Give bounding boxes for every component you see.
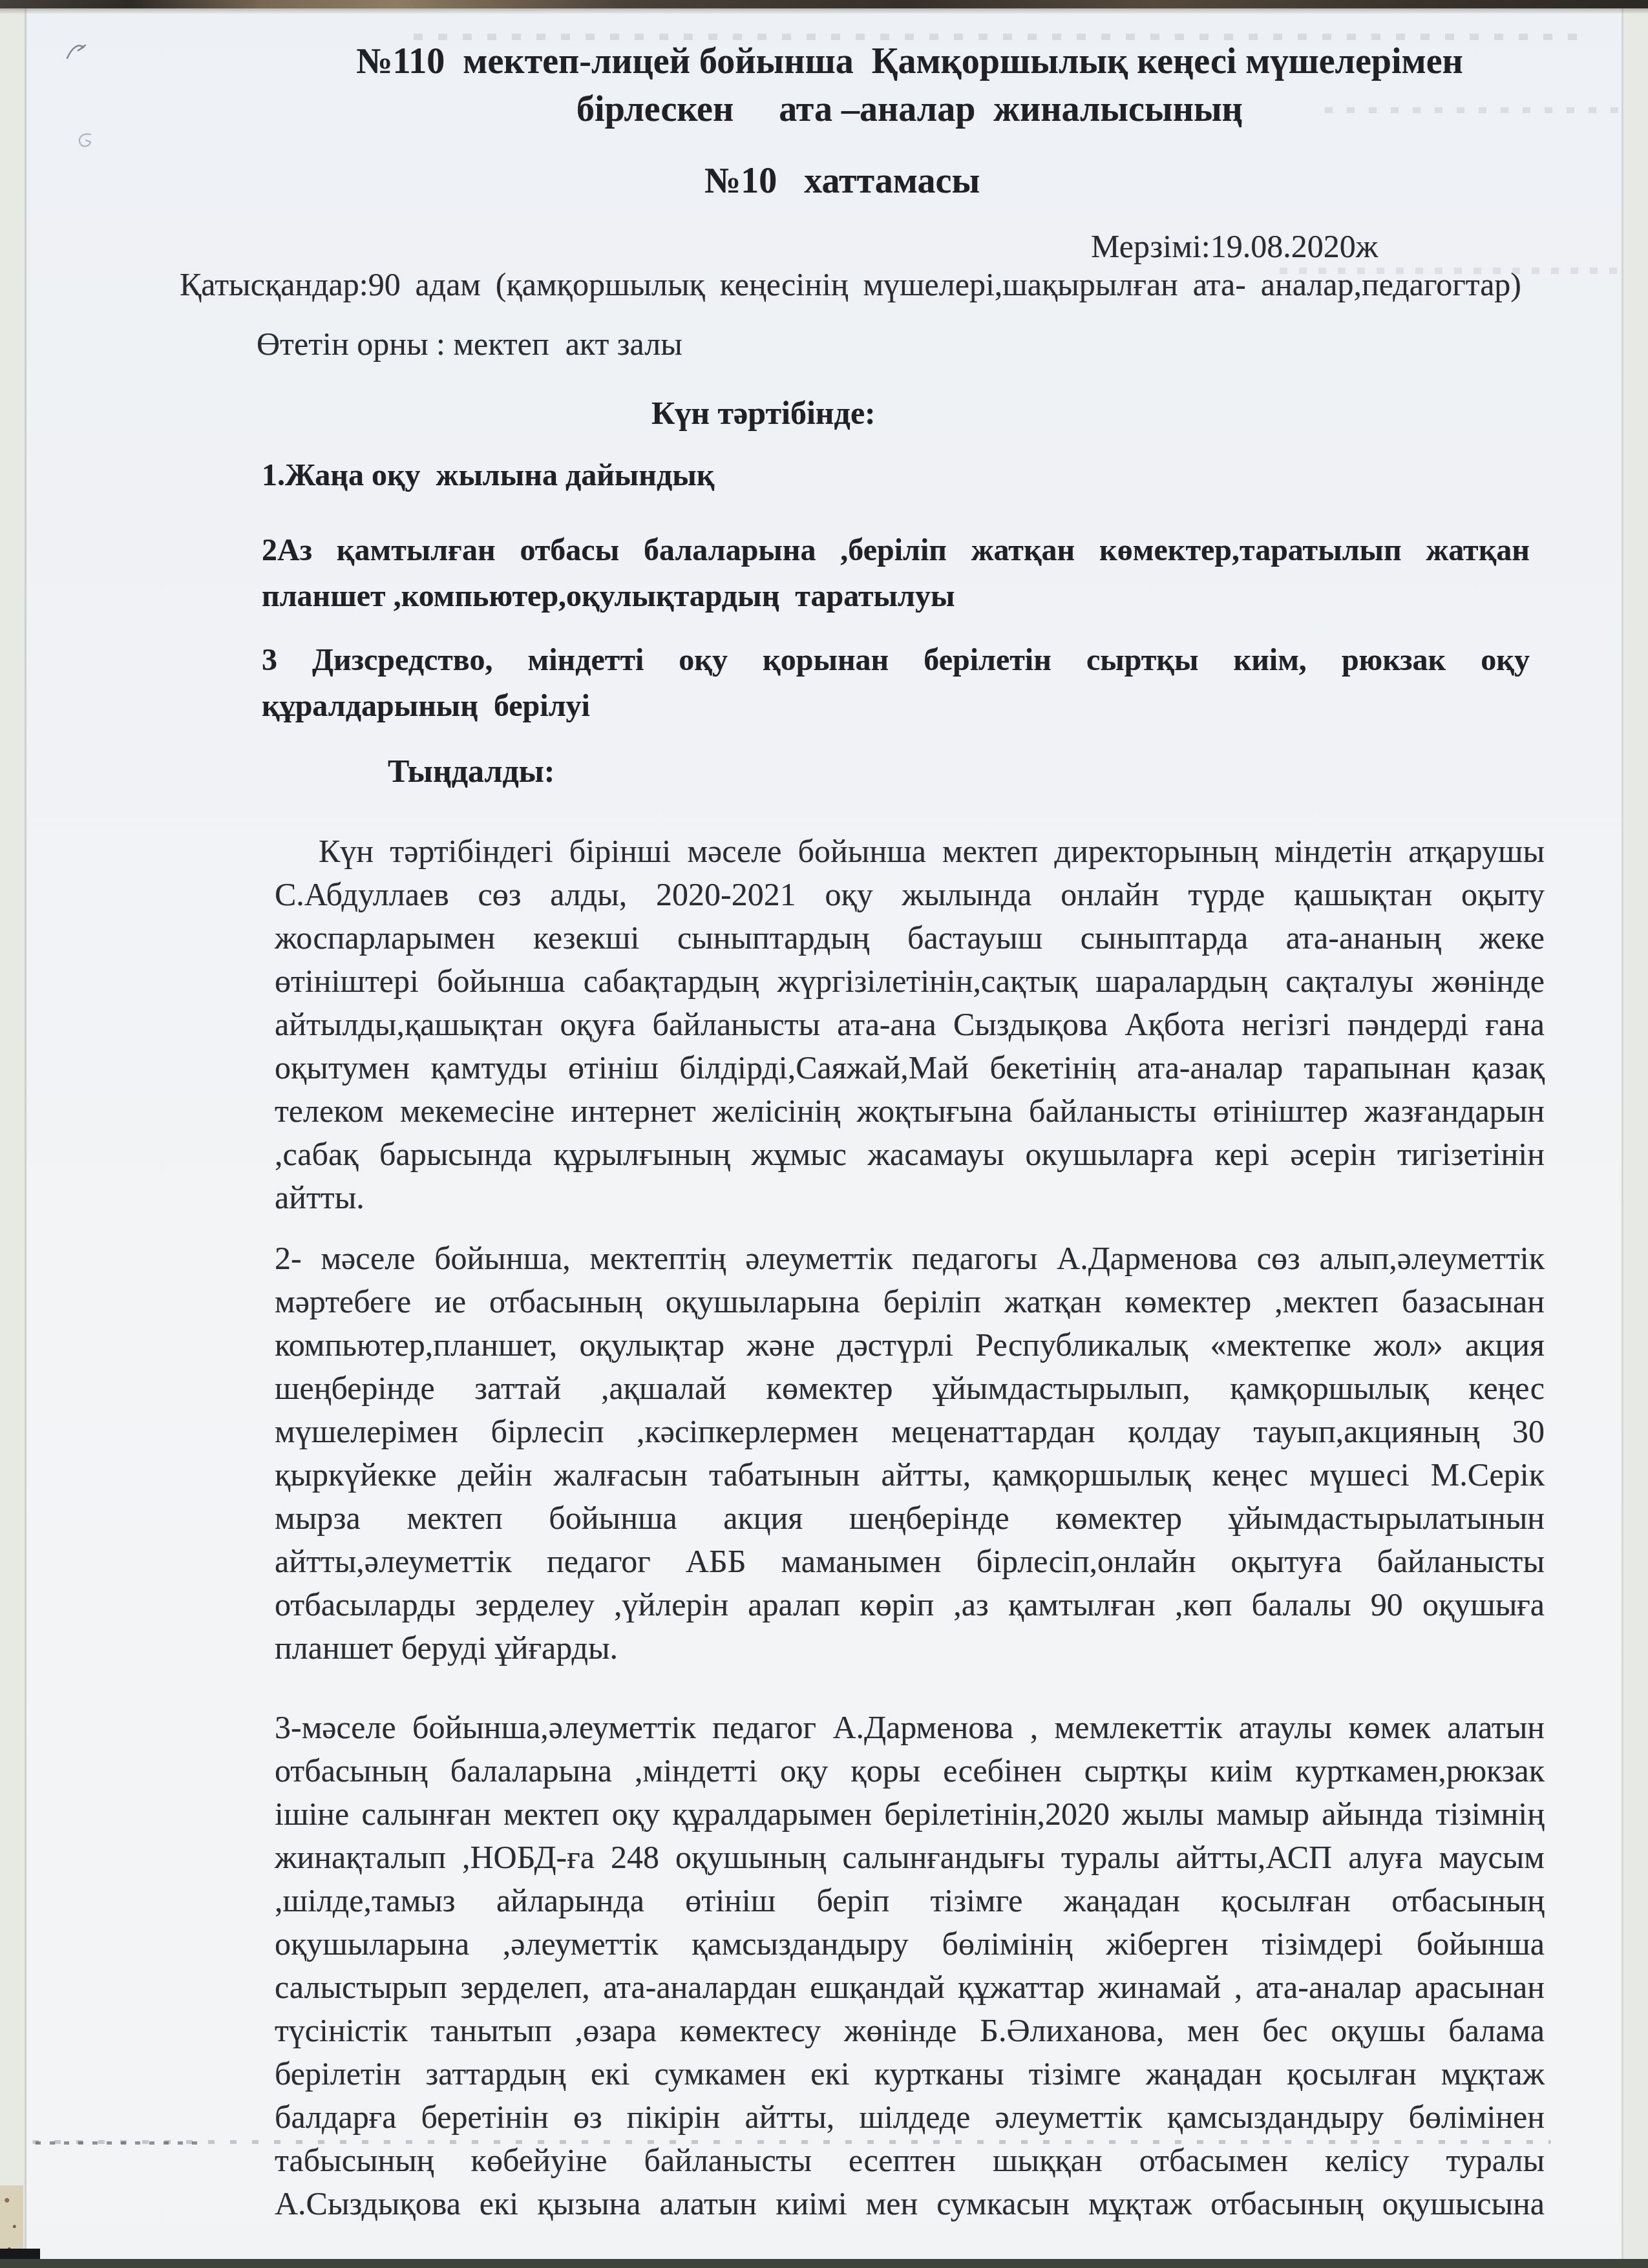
text-line: Күн тәртібіндегі бірінші мәселе бойынша … — [275, 830, 1545, 873]
venue-line: Өтетін орны : мектеп акт залы — [257, 325, 682, 362]
scanned-page: №110 мектеп-лицей бойынша Қамқоршылық ке… — [0, 0, 1648, 2268]
agenda-heading: Күн тәртібінде: — [651, 394, 876, 432]
agenda-item-2: 2Аз қамтылған отбасы балаларына ,беріліп… — [262, 527, 1530, 619]
text-line: отбасыларды зерделеу ,үйлерін аралап көр… — [275, 1583, 1545, 1626]
text-line: №110 мектеп-лицей бойынша Қамқоршылық ке… — [275, 37, 1545, 85]
pencil-mark-icon — [65, 41, 89, 62]
text-line: планшет беруді ұйғарды. — [275, 1626, 1545, 1670]
smudge-mark-icon — [75, 131, 96, 150]
date-line: Мерзімі:19.08.2020ж — [1091, 227, 1378, 265]
protocol-number: №10 хаттамасы — [704, 160, 980, 202]
text-line: қыркүйекке дейін жалғасын табатынын айтт… — [275, 1453, 1545, 1496]
document-title: №110 мектеп-лицей бойынша Қамқоршылық ке… — [275, 37, 1545, 133]
paragraph-2: 2- мәселе бойынша, мектептің әлеуметтік … — [275, 1237, 1545, 1670]
text-line: оқушыларына ,әлеуметтік қамсыздандыру бө… — [275, 1922, 1545, 1966]
text-line: берілетін заттардың екі сумкамен екі кур… — [275, 2052, 1545, 2095]
text-line: түсіністік танытып ,өзара көмектесу жөні… — [275, 2009, 1545, 2052]
agenda-item-1: 1.Жаңа оқу жылына дайындық — [262, 457, 714, 493]
text-line: ішіне салынған мектеп оқу құралдарымен б… — [275, 1792, 1545, 1836]
paragraph-3: 3-мәселе бойынша,әлеуметтік педагог А.Да… — [275, 1706, 1545, 2225]
scan-band-right — [1623, 0, 1648, 2268]
text-line: Қатысқандар:90 адам (қамқоршылық кеңесін… — [180, 265, 1521, 304]
text-line: мүшелерімен бірлесіп ,кәсіпкерлермен мец… — [275, 1410, 1545, 1453]
text-line: салыстырып зерделеп, ата-аналардан ешқан… — [275, 1966, 1545, 2009]
text-line: отбасының балаларына ,міндетті оқу қоры … — [275, 1749, 1545, 1792]
text-line: табысының көбейуіне байланысты есептен ш… — [275, 2139, 1545, 2182]
scan-edge-top-shadow — [0, 8, 1648, 14]
paper-right-edge-line — [1622, 0, 1623, 2268]
text-line: 3-мәселе бойынша,әлеуметтік педагог А.Да… — [275, 1706, 1545, 1749]
text-line: 2- мәселе бойынша, мектептің әлеуметтік … — [275, 1237, 1545, 1280]
text-line: шеңберінде заттай ,ақшалай көмектер ұйым… — [275, 1367, 1545, 1410]
paper-left-edge-line — [25, 0, 26, 2268]
agenda-item-3: 3 Дизсредство, міндетті оқу қорынан бері… — [262, 637, 1530, 729]
participants-line: Қатысқандар:90 адам (қамқоршылық кеңесін… — [180, 265, 1521, 304]
text-line: ,шілде,тамыз айларында өтініш беріп тізі… — [275, 1879, 1545, 1922]
text-line: С.Абдуллаев сөз алды, 2020-2021 оқу жылы… — [275, 873, 1545, 916]
text-line: А.Сыздықова екі қызына алатын киімі мен … — [275, 2182, 1545, 2225]
text-line: компьютер,планшет, оқулықтар және дәстүр… — [275, 1323, 1545, 1367]
text-line: мәртебеге ие отбасының оқушыларына беріл… — [275, 1280, 1545, 1323]
text-line: мырза мектеп бойынша акция шеңберінде кө… — [275, 1496, 1545, 1540]
text-line: бірлескен ата –аналар жиналысының — [275, 85, 1545, 133]
text-line: 2Аз қамтылған отбасы балаларына ,беріліп… — [262, 527, 1530, 573]
text-line: айтты. — [275, 1176, 1545, 1219]
scan-edge-top — [0, 0, 1648, 8]
text-line: телеком мекемесіне интернет желісінің жо… — [275, 1089, 1545, 1133]
text-line: жоспарларымен кезекші сыныптардың бастау… — [275, 916, 1545, 960]
text-line: планшет ,компьютер,оқулықтардың таратылу… — [262, 573, 1530, 619]
heard-heading: Тыңдалды: — [388, 752, 555, 790]
scan-streak-dashed-margin — [36, 2141, 197, 2145]
scan-edge-bottom — [0, 2259, 1648, 2268]
text-line: айтты,әлеуметтік педагог АББ маманымен б… — [275, 1540, 1545, 1583]
text-line: ,сабақ барысында құрылғының жұмыс жасама… — [275, 1133, 1545, 1176]
text-line: 3 Дизсредство, міндетті оқу қорынан бері… — [262, 637, 1530, 683]
paragraph-1: Күн тәртібіндегі бірінші мәселе бойынша … — [275, 830, 1545, 1219]
text-line: жинақталып ,НОБД-ға 248 оқушының салынға… — [275, 1836, 1545, 1879]
text-line: балдарға беретінін өз пікірін айтты, шіл… — [275, 2095, 1545, 2139]
text-line: айтылды,қашықтан оқуға байланысты ата-ан… — [275, 1003, 1545, 1046]
scan-band-left — [0, 0, 25, 2268]
text-line: өтініштері бойынша сабақтардың жүргізіле… — [275, 960, 1545, 1003]
text-line: құралдарының берілуі — [262, 683, 1530, 729]
text-line: оқытумен қамтуды өтініш білдірді,Саяжай,… — [275, 1046, 1545, 1089]
